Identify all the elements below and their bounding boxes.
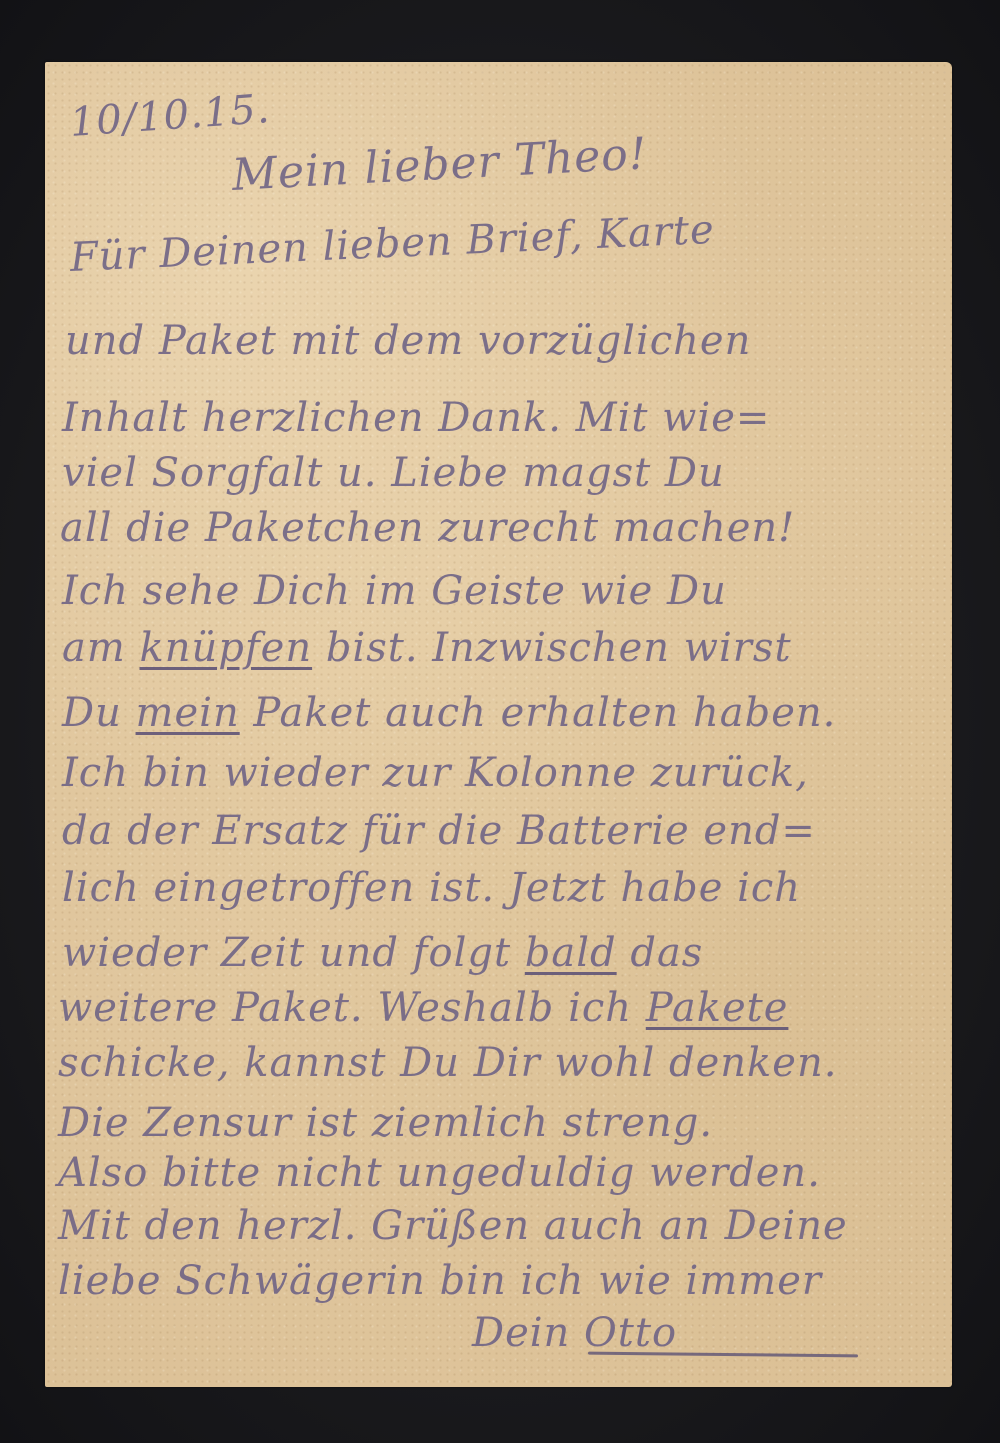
text-segment: wieder Zeit und folgt	[62, 930, 525, 976]
closing-line: Dein Otto	[472, 1310, 677, 1356]
underlined-word-knuepfen: knüpfen	[140, 625, 313, 671]
text-segment: Du	[62, 690, 136, 736]
letter-line-5: all die Paketchen zurecht machen!	[60, 505, 795, 551]
letter-line-12: wieder Zeit und folgt bald das	[62, 930, 703, 976]
letter-line-15: Die Zensur ist ziemlich streng.	[58, 1100, 713, 1146]
underlined-word-pakete: Pakete	[646, 985, 789, 1031]
letter-line-14: schicke, kannst Du Dir wohl denken.	[58, 1040, 837, 1086]
closing: Dein	[472, 1310, 584, 1356]
letter-line-4: viel Sorgfalt u. Liebe magst Du	[62, 450, 725, 496]
underlined-word-bald: bald	[525, 930, 617, 976]
letter-line-9: Ich bin wieder zur Kolonne zurück,	[62, 750, 809, 796]
letter-line-10: da der Ersatz für die Batterie end=	[62, 808, 816, 854]
text-segment: das	[617, 930, 704, 976]
text-segment: am	[62, 625, 140, 671]
letter-line-18: liebe Schwägerin bin ich wie immer	[58, 1258, 822, 1304]
signature: Otto	[584, 1310, 677, 1356]
text-segment: weitere Paket. Weshalb ich	[58, 985, 646, 1031]
letter-line-8: Du mein Paket auch erhalten haben.	[62, 690, 836, 736]
letter-line-3: Inhalt herzlichen Dank. Mit wie=	[62, 395, 770, 441]
letter-line-13: weitere Paket. Weshalb ich Pakete	[58, 985, 788, 1031]
letter-line-17: Mit den herzl. Grüßen auch an Deine	[58, 1203, 848, 1249]
letter-line-6: Ich sehe Dich im Geiste wie Du	[62, 568, 727, 614]
letter-line-2: und Paket mit dem vorzüglichen	[65, 318, 751, 364]
letter-line-16: Also bitte nicht ungeduldig werden.	[58, 1150, 821, 1196]
text-segment: bist. Inzwischen wirst	[312, 625, 791, 671]
letter-line-11: lich eingetroffen ist. Jetzt habe ich	[62, 865, 801, 911]
letter-line-7: am knüpfen bist. Inzwischen wirst	[62, 625, 792, 671]
text-segment: Paket auch erhalten haben.	[240, 690, 837, 736]
underlined-word-mein: mein	[136, 690, 240, 736]
